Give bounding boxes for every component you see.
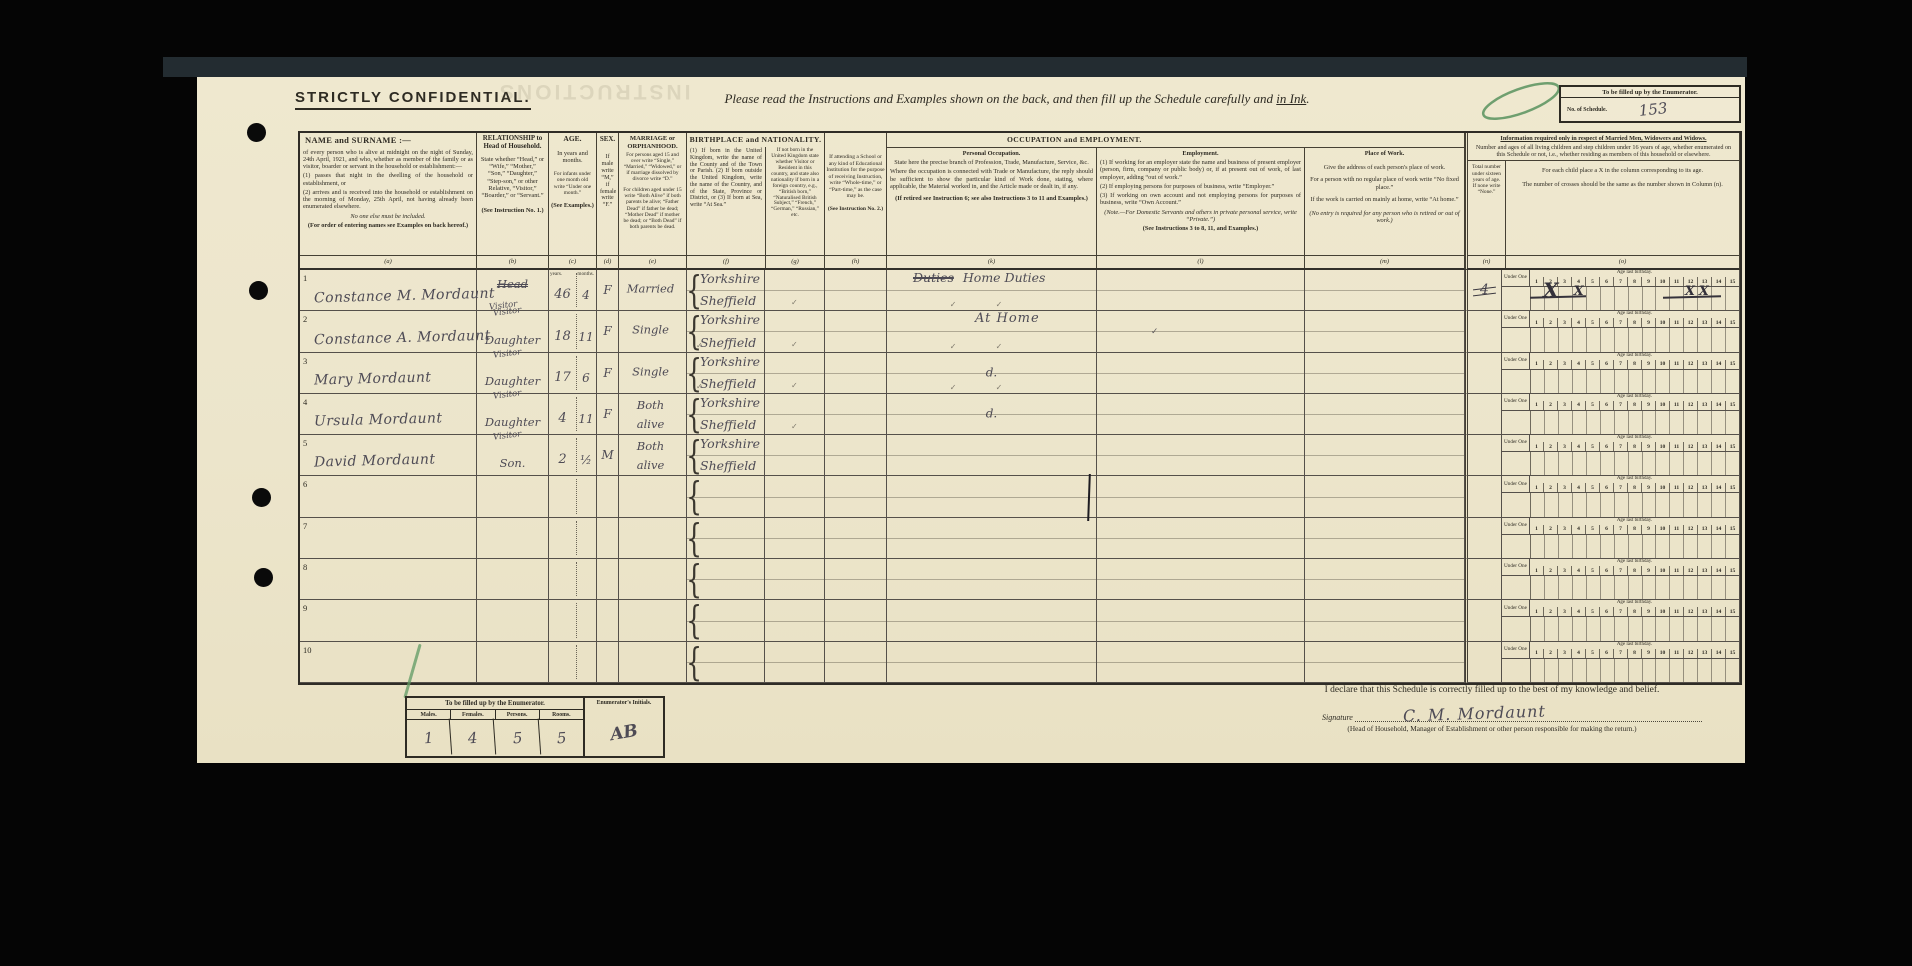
- name-entry: David Mordaunt: [314, 452, 436, 471]
- age-cell-blank: [1684, 370, 1698, 393]
- age-last-birthday-label: Age last birthday.: [1530, 353, 1739, 360]
- age-cell-row: [1530, 493, 1739, 516]
- age-grid: Under OneAge last birthday.1234567891011…: [1502, 642, 1739, 682]
- age-number: 8: [1627, 483, 1641, 492]
- age-cell-blank: [1670, 617, 1684, 640]
- initials-entry: AB: [582, 703, 667, 763]
- age-grid: Under OneAge last birthday.1234567891011…: [1502, 476, 1739, 516]
- birthplace-brace: {: [686, 393, 702, 435]
- age-cell-blank: [1698, 659, 1712, 682]
- children-group-title: Information required only in respect of …: [1471, 135, 1736, 142]
- age-number: 5: [1585, 442, 1599, 451]
- row-number: 7: [303, 521, 307, 531]
- name-cell: 4Ursula Mordaunt: [300, 394, 477, 435]
- header-personal-occupation-column: Personal Occupation. State here the prec…: [887, 148, 1097, 268]
- place-of-work-desc3: If the work is carried on mainly at home…: [1305, 192, 1464, 204]
- occupation-cell: [887, 476, 1097, 517]
- instruction-text: Please read the Instructions and Example…: [724, 91, 1276, 106]
- age-number: 14: [1711, 277, 1725, 286]
- age-cell-blank: [1587, 370, 1601, 393]
- age-grid: Under OneAge last birthday.1234567891011…: [1502, 311, 1739, 351]
- age-number: 1: [1530, 318, 1543, 327]
- under-one-label: Under One: [1502, 394, 1530, 411]
- total-children-cell: [1465, 435, 1502, 476]
- birthplace-town-entry: Sheffield: [700, 458, 756, 473]
- age-cell-blank: [1629, 287, 1643, 310]
- age-number: 6: [1599, 401, 1613, 410]
- declaration-text: I declare that this Schedule is correctl…: [1282, 685, 1702, 695]
- age-number: 7: [1613, 566, 1627, 575]
- children-group-heading: Information required only in respect of …: [1468, 133, 1739, 161]
- age-number: 12: [1683, 566, 1697, 575]
- employment-item3: (3) If working on own account and not em…: [1097, 191, 1304, 207]
- age-cell-blank: [1643, 535, 1657, 558]
- age-cell-blank: [1726, 617, 1739, 640]
- relationship-cell: [477, 476, 549, 517]
- age-months-entry: 4: [576, 288, 596, 302]
- header-sex-column: SEX. If male write “M,” if female write …: [597, 133, 619, 270]
- header-marriage-column: MARRIAGE or ORPHANHOOD. For persons aged…: [619, 133, 687, 270]
- age-cell-blank: [1615, 411, 1629, 434]
- relationship-cell: VisitorDaughter: [477, 311, 549, 352]
- birthplace-county-entry: Yorkshire: [700, 354, 760, 369]
- header-place-of-work-column: Place of Work. Give the address of each …: [1305, 148, 1464, 268]
- marriage-cell: [619, 476, 687, 517]
- age-cell-blank: [1545, 452, 1559, 475]
- employment-cell: [1097, 394, 1305, 435]
- occupation-cell: d.: [887, 394, 1097, 435]
- age-cell: [549, 518, 597, 559]
- age-number: 12: [1683, 649, 1697, 658]
- age-cell-blank: [1656, 576, 1670, 599]
- marriage-cell: Bothalive: [619, 435, 687, 476]
- age-cell-blank: [1684, 576, 1698, 599]
- children-group-desc: Number and ages of all living children a…: [1471, 144, 1736, 158]
- header-relationship-column: RELATIONSHIP to Head of Household. State…: [477, 133, 549, 270]
- age-cell-blank: [1698, 370, 1712, 393]
- age-units-months: months.: [577, 271, 594, 277]
- education-cell: [825, 476, 887, 517]
- age-cell-blank: [1545, 576, 1559, 599]
- age-number: 10: [1655, 483, 1669, 492]
- children-ages-cell: Under OneAge last birthday.1234567891011…: [1502, 270, 1740, 311]
- birthplace-cell: {: [687, 476, 765, 517]
- sex-entry: F: [597, 311, 618, 351]
- age-number: 7: [1613, 360, 1627, 369]
- row-number: 5: [303, 438, 307, 448]
- age-cell-blank: [1615, 659, 1629, 682]
- age-number-row: 123456789101112131415: [1530, 607, 1739, 617]
- age-number: 2: [1543, 442, 1557, 451]
- age-number: 5: [1585, 318, 1599, 327]
- age-cell-blank: [1712, 452, 1726, 475]
- age-number: 11: [1669, 566, 1683, 575]
- sex-column-desc: If male write “M,” if female write “F.”: [597, 144, 618, 210]
- age-number: 9: [1641, 607, 1655, 616]
- age-cell-blank: [1559, 659, 1573, 682]
- occupation-cell: [887, 600, 1097, 641]
- age-cell-blank: [1670, 659, 1684, 682]
- age-number: 12: [1683, 401, 1697, 410]
- age-grid: Under OneAge last birthday.1234567891011…: [1502, 518, 1739, 558]
- marriage-column-desc1: For persons aged 15 and over write “Sing…: [619, 151, 686, 183]
- education-column-note: (See Instruction No. 2.): [828, 206, 883, 212]
- relationship-column-title: RELATIONSHIP to Head of Household.: [477, 133, 548, 152]
- age-grid: Under OneAge last birthday.1234567891011…: [1502, 394, 1739, 434]
- summary-box-title: To be filled up by the Enumerator.: [407, 698, 583, 710]
- column-letter-f: (f): [687, 255, 765, 268]
- relationship-correction: Visitor: [492, 429, 521, 442]
- age-number: 8: [1627, 525, 1641, 534]
- relationship-entry: Head: [479, 277, 546, 291]
- age-number: 10: [1655, 525, 1669, 534]
- age-number: 5: [1585, 525, 1599, 534]
- age-number: 14: [1711, 318, 1725, 327]
- relationship-cell: VisitorDaughter: [477, 353, 549, 394]
- age-number: 13: [1697, 525, 1711, 534]
- age-number: 5: [1585, 649, 1599, 658]
- age-column-title: AGE.: [549, 133, 596, 145]
- age-number: 3: [1557, 649, 1571, 658]
- age-number: 10: [1655, 360, 1669, 369]
- age-number: 11: [1669, 401, 1683, 410]
- sex-entry: F: [597, 394, 618, 434]
- age-cell-row: [1530, 617, 1739, 640]
- column-letter-d: (d): [597, 255, 618, 268]
- age-number: 14: [1711, 649, 1725, 658]
- check-mark: ✓: [996, 383, 1003, 392]
- age-number: 13: [1697, 566, 1711, 575]
- age-number: 12: [1683, 318, 1697, 327]
- nationality-cell: [765, 559, 825, 600]
- age-cell-blank: [1573, 370, 1587, 393]
- nationality-cell: [765, 518, 825, 559]
- age-cell-blank: [1670, 328, 1684, 351]
- age-number: 8: [1627, 442, 1641, 451]
- age-months-entry: 11: [576, 412, 596, 426]
- sex-entry: M: [597, 435, 618, 475]
- place-of-work-cell: [1305, 311, 1465, 352]
- age-years-entry: 46: [549, 287, 576, 302]
- occupation-cell: [887, 435, 1097, 476]
- place-of-work-desc2: For a person with no regular place of wo…: [1305, 172, 1464, 191]
- age-cell-blank: [1656, 370, 1670, 393]
- birthplace-cell: {: [687, 642, 765, 683]
- age-cell-blank: [1601, 617, 1615, 640]
- place-of-work-cell: [1305, 559, 1465, 600]
- age-number: 15: [1725, 318, 1739, 327]
- birthplace-cell: {YorkshireSheffield: [687, 394, 765, 435]
- occupation-cell: [887, 642, 1097, 683]
- age-number: 2: [1543, 607, 1557, 616]
- row-number: 4: [303, 397, 307, 407]
- header-education-column: If attending a School or any kind of Edu…: [825, 133, 887, 270]
- check-mark: ✓: [791, 381, 798, 390]
- sex-cell: F: [597, 353, 619, 394]
- age-cell-row: [1530, 411, 1739, 434]
- header-birthplace-column: (1) If born in the United Kingdom, write…: [687, 147, 766, 268]
- column-letter-e: (e): [619, 255, 686, 268]
- age-cell: [549, 642, 597, 683]
- age-number: 2: [1543, 401, 1557, 410]
- age-cell-blank: [1531, 535, 1545, 558]
- occupation-cell: [887, 559, 1097, 600]
- nationality-cell: [765, 642, 825, 683]
- age-number: 15: [1725, 360, 1739, 369]
- age-number: 7: [1613, 401, 1627, 410]
- check-mark: ✓: [996, 300, 1003, 309]
- age-cell-blank: [1587, 659, 1601, 682]
- age-cell-blank: [1643, 411, 1657, 434]
- age-number: 6: [1599, 525, 1613, 534]
- column-letter-h: (h): [825, 255, 886, 268]
- age-cell-blank: [1684, 411, 1698, 434]
- total-children-cell: [1465, 394, 1502, 435]
- relationship-entry: Daughter: [479, 415, 546, 429]
- occupation-line: DutiesHome Duties: [913, 270, 1045, 285]
- under-one-label: Under One: [1502, 642, 1530, 659]
- occupation-entry: At Home: [975, 311, 1040, 326]
- birthplace-town-entry: Sheffield: [700, 293, 756, 308]
- total-children-cell: 4: [1465, 270, 1502, 311]
- age-number: 7: [1613, 607, 1627, 616]
- education-cell: [825, 270, 887, 311]
- age-number-row: 123456789101112131415: [1530, 566, 1739, 576]
- age-number: 1: [1530, 649, 1543, 658]
- age-number: 12: [1683, 483, 1697, 492]
- occupation-cell: At Home✓✓: [887, 311, 1097, 352]
- column-letter-c: (c): [549, 255, 596, 268]
- age-number: 6: [1599, 483, 1613, 492]
- age-number: 8: [1627, 649, 1641, 658]
- age-cell-blank: [1531, 493, 1545, 516]
- age-number-row: 123456789101112131415: [1530, 360, 1739, 370]
- age-number: 9: [1641, 318, 1655, 327]
- age-cell-blank: [1545, 493, 1559, 516]
- name-column-title: NAME and SURNAME :—: [300, 133, 476, 148]
- marriage-column-desc2: For children aged under 15 write “Both A…: [619, 186, 686, 230]
- age-number: 1: [1530, 607, 1543, 616]
- header-name-column: NAME and SURNAME :— of every person who …: [300, 133, 477, 270]
- age-cell-blank: [1545, 659, 1559, 682]
- signature-entry: C. M. Mordaunt: [1403, 702, 1546, 726]
- age-cell-blank: [1712, 411, 1726, 434]
- age-cell-blank: [1698, 411, 1712, 434]
- age-number-row: 123456789101112131415: [1530, 525, 1739, 535]
- age-cell-blank: [1684, 659, 1698, 682]
- age-cell-blank: [1670, 411, 1684, 434]
- age-cell-blank: [1573, 493, 1587, 516]
- age-cell-blank: [1573, 328, 1587, 351]
- sex-entry: F: [597, 353, 618, 393]
- relationship-entry: Daughter: [479, 333, 546, 347]
- age-cell-blank: [1587, 576, 1601, 599]
- age-number: 1: [1530, 483, 1543, 492]
- occupation-cell: d.✓✓: [887, 353, 1097, 394]
- age-grid: Under OneAge last birthday.1234567891011…: [1502, 559, 1739, 599]
- age-number: 15: [1725, 277, 1739, 286]
- employment-cell: [1097, 559, 1305, 600]
- signature-label: Signature: [1322, 713, 1353, 722]
- education-column-desc: If attending a School or any kind of Edu…: [826, 154, 885, 212]
- under-one-label: Under One: [1502, 435, 1530, 452]
- age-number: 10: [1655, 401, 1669, 410]
- age-cell-blank: [1684, 493, 1698, 516]
- age-cell-blank: [1601, 452, 1615, 475]
- age-number: 4: [1571, 483, 1585, 492]
- birthplace-group-title: BIRTHPLACE and NATIONALITY.: [687, 133, 824, 147]
- age-number: 9: [1641, 525, 1655, 534]
- employment-title: Employment.: [1097, 148, 1304, 158]
- birthplace-cell: {YorkshireSheffield: [687, 435, 765, 476]
- relationship-entry: Daughter: [479, 374, 546, 388]
- name-entry: Ursula Mordaunt: [314, 411, 443, 430]
- check-mark: ✓: [1151, 327, 1159, 337]
- age-cell-blank: [1559, 411, 1573, 434]
- birthplace-cell: {YorkshireSheffield✓: [687, 353, 765, 394]
- age-cell-row: [1530, 535, 1739, 558]
- under-one-label: Under One: [1502, 476, 1530, 493]
- column-letter-o: (o): [1506, 255, 1739, 268]
- marriage-cell: [619, 600, 687, 641]
- age-cell-blank: [1545, 617, 1559, 640]
- marriage-entry-line1: Both: [619, 398, 682, 412]
- age-number: 9: [1641, 649, 1655, 658]
- age-number: 4: [1571, 607, 1585, 616]
- place-of-work-cell: [1305, 476, 1465, 517]
- age-number: 1: [1530, 566, 1543, 575]
- instruction-underlined-text: in Ink: [1276, 91, 1306, 106]
- age-cell: [549, 600, 597, 641]
- place-of-work-desc1: Give the address of each person's place …: [1305, 158, 1464, 172]
- age-cell-blank: [1531, 617, 1545, 640]
- birthplace-brace: {: [686, 352, 702, 394]
- birthplace-brace: {: [686, 517, 702, 559]
- age-number: 2: [1543, 360, 1557, 369]
- age-number: 5: [1585, 401, 1599, 410]
- age-cell-blank: [1698, 452, 1712, 475]
- age-cell-blank: [1629, 659, 1643, 682]
- header-total-children-column: Total number under sixteen years of age.…: [1468, 161, 1506, 268]
- age-number: 14: [1711, 525, 1725, 534]
- age-number: 3: [1557, 566, 1571, 575]
- age-cell-blank: [1531, 411, 1545, 434]
- name-cell: 6: [300, 476, 477, 517]
- age-cell-blank: [1726, 493, 1739, 516]
- age-number: 15: [1725, 401, 1739, 410]
- children-ages-cell: Under OneAge last birthday.1234567891011…: [1502, 600, 1740, 641]
- age-number: 12: [1683, 607, 1697, 616]
- birthplace-brace: {: [686, 599, 702, 641]
- age-cell-blank: [1559, 617, 1573, 640]
- children-ages-desc1: For each child place a X in the column c…: [1506, 161, 1739, 175]
- total-children-cell: [1465, 311, 1502, 352]
- age-months-entry: ½: [576, 453, 596, 467]
- place-of-work-title: Place of Work.: [1305, 148, 1464, 158]
- age-cell-blank: [1698, 493, 1712, 516]
- age-months-entry: 6: [576, 371, 596, 385]
- age-number: 5: [1585, 483, 1599, 492]
- age-cell-blank: [1615, 452, 1629, 475]
- employment-note2: (See Instructions 3 to 8, 11, and Exampl…: [1097, 224, 1304, 233]
- sex-cell: M: [597, 435, 619, 476]
- age-number: 5: [1585, 607, 1599, 616]
- column-letter-m: (m): [1305, 255, 1464, 268]
- age-column-note2: (See Examples.): [549, 201, 596, 210]
- marriage-entry: Married: [619, 282, 682, 296]
- row-number: 1: [303, 273, 307, 283]
- age-cell-blank: [1629, 617, 1643, 640]
- marriage-cell: [619, 642, 687, 683]
- age-cell-blank: [1601, 287, 1615, 310]
- age-cell-blank: [1559, 493, 1573, 516]
- age-cell-blank: [1656, 493, 1670, 516]
- column-letter-g: (g): [766, 255, 824, 268]
- age-cell-blank: [1656, 659, 1670, 682]
- age-cell-blank: [1531, 659, 1545, 682]
- age-cell-blank: [1629, 576, 1643, 599]
- row-number: 3: [303, 356, 307, 366]
- age-cell: [549, 476, 597, 517]
- employment-cell: [1097, 476, 1305, 517]
- age-number-row: 123456789101112131415: [1530, 483, 1739, 493]
- instruction-line: Please read the Instructions and Example…: [667, 91, 1367, 107]
- nationality-cell: ✓: [765, 394, 825, 435]
- birthplace-brace: {: [686, 475, 702, 517]
- age-number: 10: [1655, 442, 1669, 451]
- age-cell-blank: [1573, 535, 1587, 558]
- age-cell-blank: [1629, 370, 1643, 393]
- education-cell: [825, 311, 887, 352]
- age-cell-blank: [1726, 576, 1739, 599]
- age-number: 2: [1543, 483, 1557, 492]
- age-cell-blank: [1559, 328, 1573, 351]
- relationship-cell: VisitorDaughter: [477, 394, 549, 435]
- age-cell-blank: [1559, 576, 1573, 599]
- column-letter-n: (n): [1468, 255, 1505, 268]
- age-number-row: 123456789101112131415: [1530, 442, 1739, 452]
- relationship-correction: Visitor: [492, 388, 521, 401]
- age-number: 1: [1530, 401, 1543, 410]
- employment-cell: [1097, 642, 1305, 683]
- birthplace-column-desc: (1) If born in the United Kingdom, write…: [687, 147, 765, 210]
- birthplace-cell: {: [687, 518, 765, 559]
- name-cell: 2Constance A. Mordaunt: [300, 311, 477, 352]
- birthplace-county-entry: Yorkshire: [700, 312, 760, 327]
- age-number: 9: [1641, 483, 1655, 492]
- age-grid: Under OneAge last birthday.1234567891011…: [1502, 600, 1739, 640]
- age-cell-blank: [1587, 411, 1601, 434]
- census-schedule-sheet: STRICTLY CONFIDENTIAL. INSTRUCTIONS Plea…: [197, 77, 1745, 763]
- age-cell-blank: [1712, 493, 1726, 516]
- age-cell: 1811: [549, 311, 597, 352]
- age-cell-blank: [1601, 535, 1615, 558]
- age-last-birthday-label: Age last birthday.: [1530, 311, 1739, 318]
- confidential-heading: STRICTLY CONFIDENTIAL.: [295, 89, 531, 110]
- age-grid: Under OneAge last birthday.1234567891011…: [1502, 270, 1739, 310]
- age-cell-blank: [1726, 287, 1739, 310]
- age-column-note: For infants under one month old write “U…: [549, 170, 596, 197]
- place-of-work-cell: [1305, 435, 1465, 476]
- summary-value: 5: [494, 719, 541, 758]
- age-number: 15: [1725, 649, 1739, 658]
- header-occupation-group: OCCUPATION and EMPLOYMENT. Personal Occu…: [887, 133, 1465, 270]
- age-number: 9: [1641, 442, 1655, 451]
- education-column-text: If attending a School or any kind of Edu…: [826, 154, 884, 199]
- age-cell-blank: [1615, 370, 1629, 393]
- age-number: 10: [1655, 649, 1669, 658]
- age-cell-blank: [1615, 535, 1629, 558]
